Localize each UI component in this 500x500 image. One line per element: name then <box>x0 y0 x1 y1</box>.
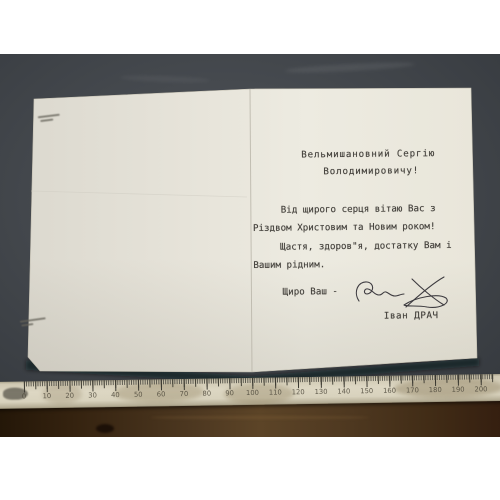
ruler-number: 180 <box>429 387 442 394</box>
letter-line: Різдвом Христовим та Новим роком! <box>253 221 436 234</box>
ruler-number: 160 <box>383 388 396 395</box>
salutation-line: Вельмишановний Сергію <box>301 148 435 160</box>
letter-line: Від щирого серця вітаю Вас з <box>281 203 436 216</box>
ruler-number: 170 <box>406 387 419 394</box>
ruler-number: 0 <box>22 393 26 400</box>
ruler-number: 10 <box>42 393 51 400</box>
ruler-number: 50 <box>134 392 143 399</box>
ruler-number: 20 <box>65 393 74 400</box>
ruler-number: 190 <box>452 387 465 394</box>
ruler-number: 80 <box>202 391 211 398</box>
letter-line: Щастя, здоров"я, достатку Вам і <box>280 240 452 253</box>
signature-name: Іван ДРАЧ <box>384 310 439 322</box>
photograph: Вельмишановний Сергію Володимировичу! Ві… <box>0 54 500 437</box>
ruler-number: 200 <box>474 386 487 393</box>
ruler-number: 70 <box>180 391 189 398</box>
closing-line: Щиро Ваш - <box>283 286 338 298</box>
photo-stage: Вельмишановний Сергію Володимировичу! Ві… <box>0 0 500 500</box>
white-border-top <box>0 0 500 54</box>
ruler-number: 90 <box>225 390 234 397</box>
ruler-number: 100 <box>246 390 259 397</box>
ruler-number: 110 <box>269 389 282 396</box>
ruler-number: 130 <box>314 389 327 396</box>
ruler-number: 120 <box>292 389 305 396</box>
salutation-line: Володимировичу! <box>323 165 419 177</box>
white-border-bottom <box>0 437 500 500</box>
ruler-number: 140 <box>337 388 350 395</box>
ruler-number: 40 <box>111 392 120 399</box>
ruler-number: 150 <box>360 388 373 395</box>
ruler-number: 60 <box>157 391 166 398</box>
ruler-number: 30 <box>88 392 97 399</box>
letter-line: Вашим рідним. <box>253 259 325 271</box>
